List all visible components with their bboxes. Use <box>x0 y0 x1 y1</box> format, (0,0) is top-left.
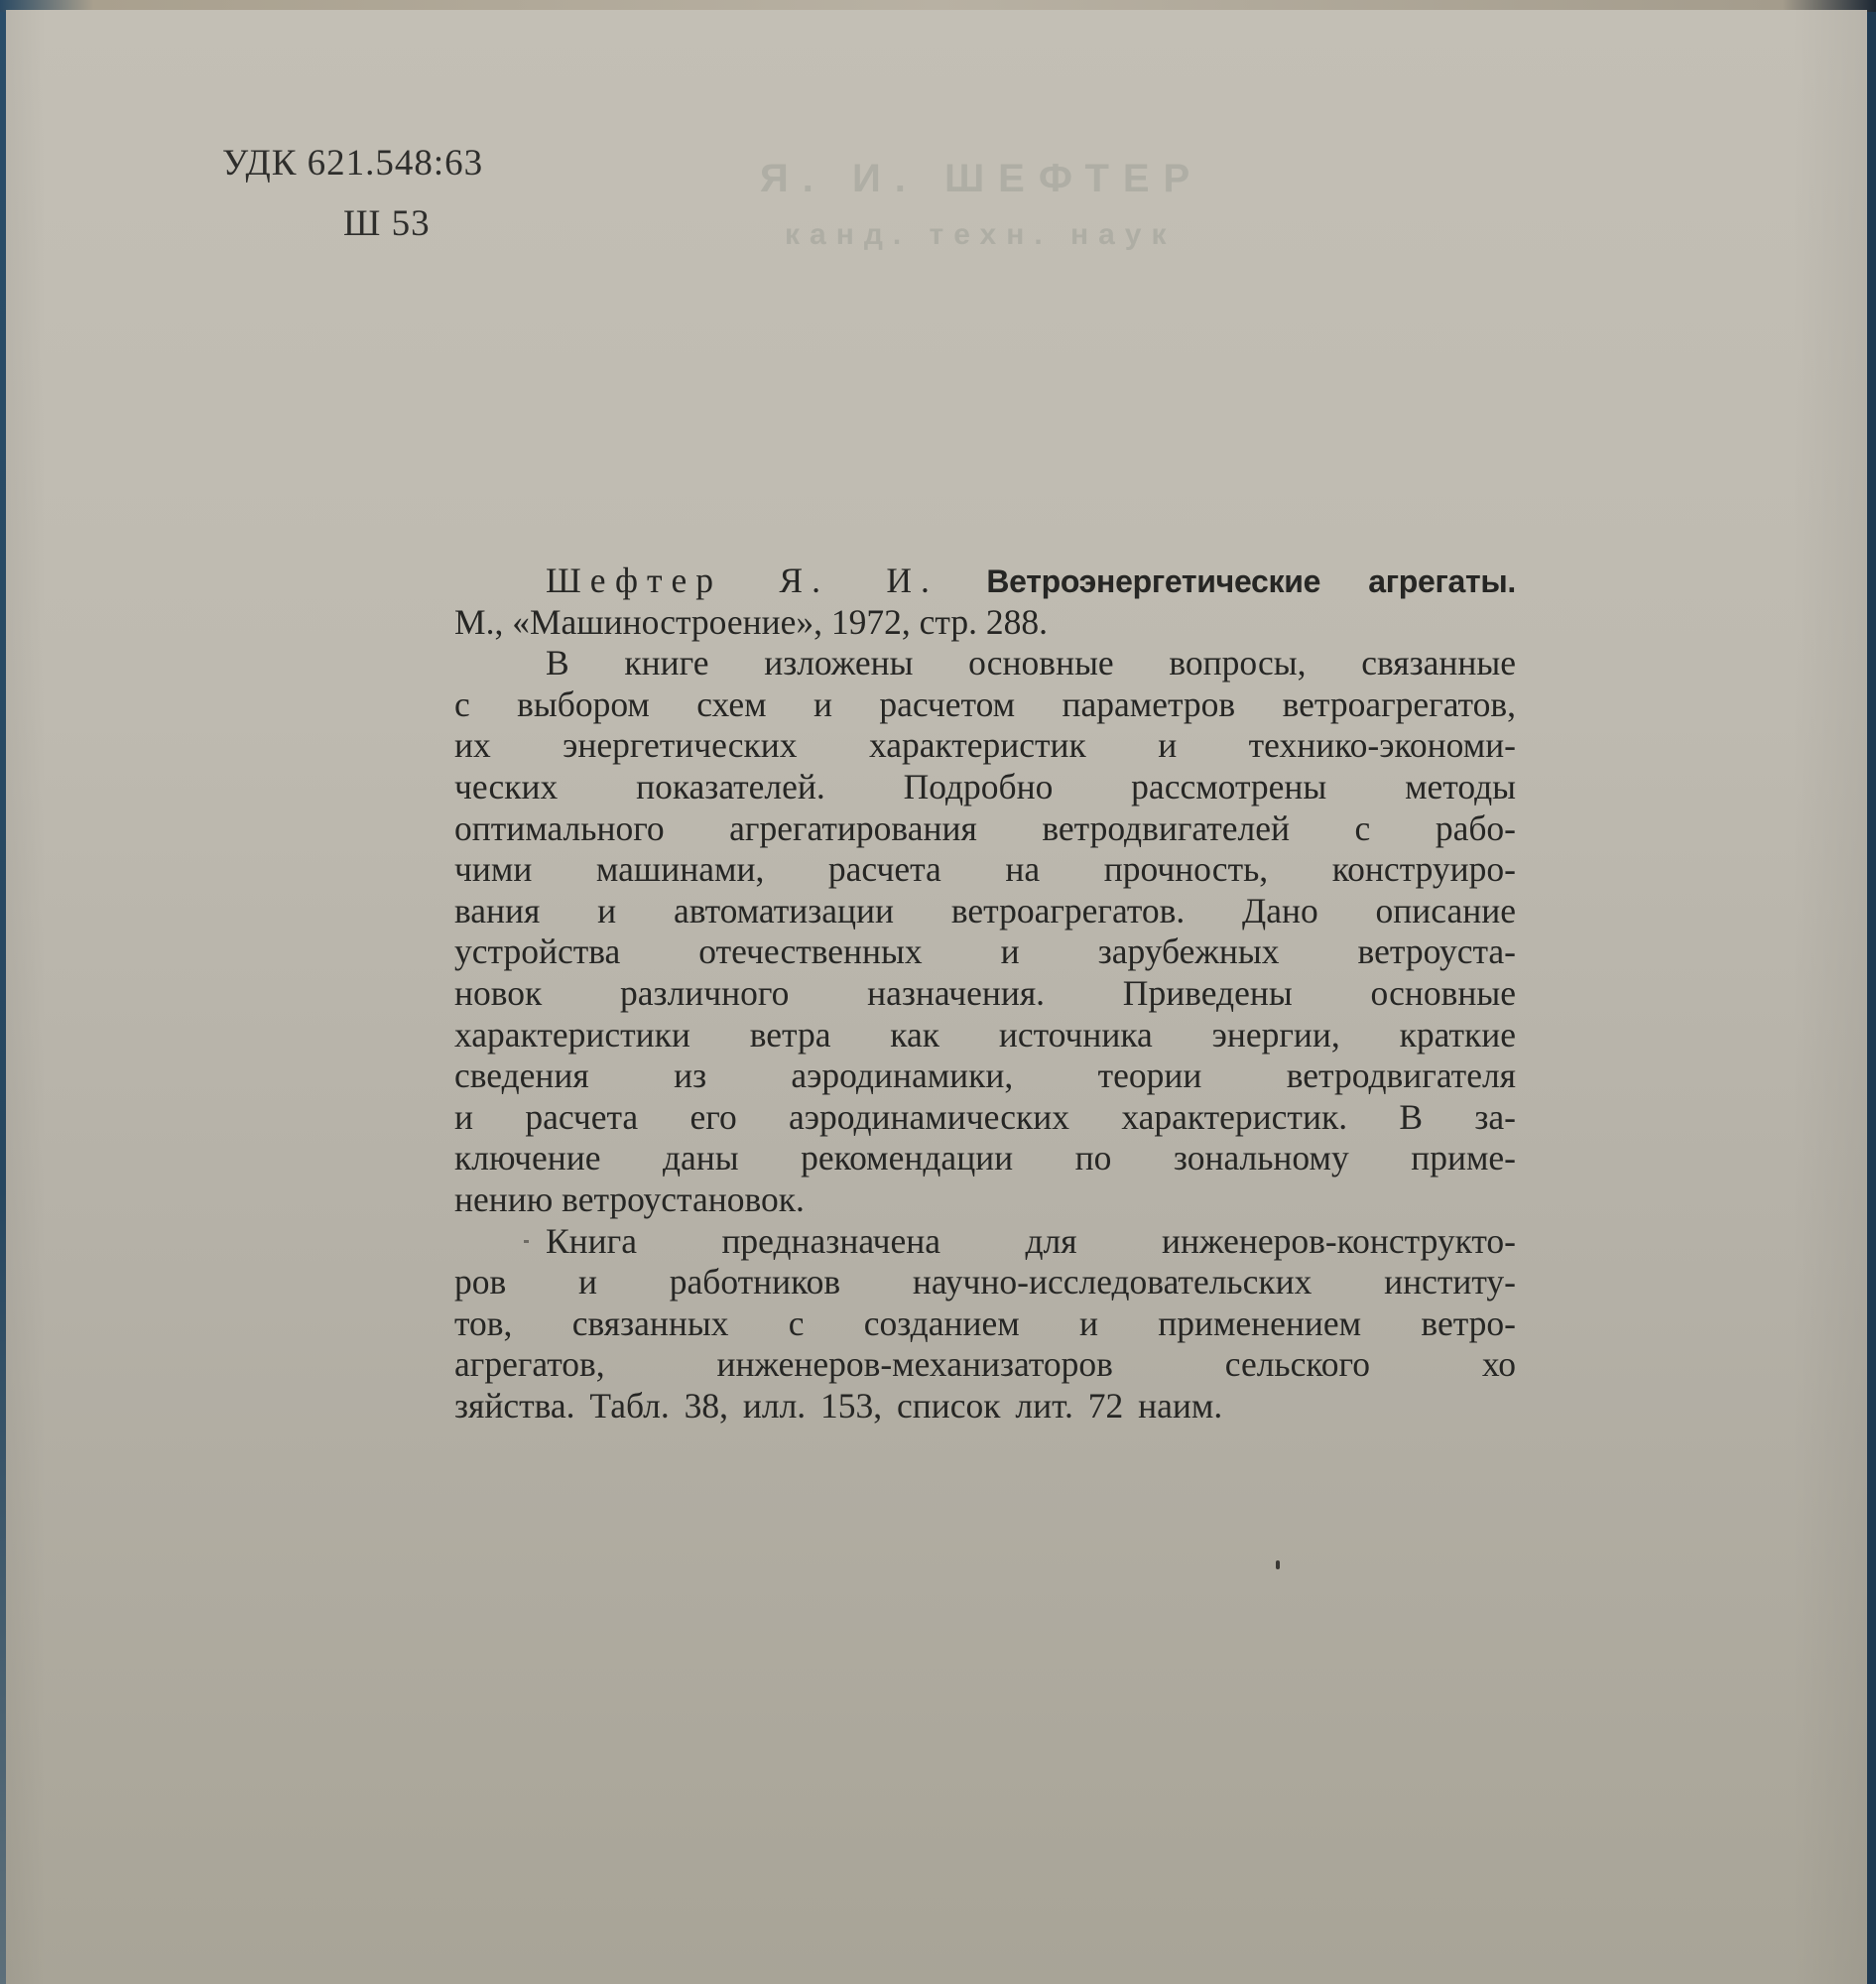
abstract-line: ческих показателей. Подробно рассмотрены… <box>454 767 1516 808</box>
show-through-author: Я. И. ШЕФТЕР <box>760 157 1203 201</box>
audience-line-text: Книга предназначена для инженеров-констр… <box>546 1221 1516 1261</box>
bibliographic-abstract: Шефтер Я. И. Ветроэнергетические агрегат… <box>454 560 1516 1426</box>
abstract-line: устройства отечественных и зарубежных ве… <box>454 931 1516 973</box>
abstract-line: ключение даны рекомендации по зональному… <box>454 1138 1516 1179</box>
audience-line: тов, связанных с созданием и применением… <box>454 1303 1516 1345</box>
paper-speck <box>1276 1560 1280 1569</box>
book-title: Ветроэнергетические агрегаты. <box>986 563 1516 599</box>
abstract-line: вания и автоматизации ветроагрегатов. Да… <box>454 891 1516 932</box>
abstract-line: с выбором схем и расчетом параметров вет… <box>454 684 1516 726</box>
audience-line: ров и работников научно-исследовательски… <box>454 1262 1516 1303</box>
abstract-line: оптимального агрегатирования ветродвигат… <box>454 808 1516 850</box>
abstract-line: их энергетических характеристик и техник… <box>454 725 1516 767</box>
audience-line: Книга предназначена для инженеров-констр… <box>454 1221 1516 1263</box>
stray-mark <box>524 1240 529 1243</box>
publication-line: М., «Машиностроение», 1972, стр. 288. <box>454 602 1516 644</box>
abstract-line: новок различного назначения. Приведены о… <box>454 973 1516 1015</box>
abstract-line: характеристики ветра как источника энерг… <box>454 1015 1516 1056</box>
abstract-line: чими машинами, расчета на прочность, кон… <box>454 849 1516 891</box>
show-through-degree: канд. техн. наук <box>785 218 1177 252</box>
udk-code: УДК 621.548:63 <box>222 142 483 185</box>
author-sign-code: Ш 53 <box>343 202 431 245</box>
author-name: Шефтер Я. И. <box>546 560 938 600</box>
abstract-line: сведения из аэродинамики, теории ветродв… <box>454 1055 1516 1097</box>
abstract-line: и расчета его аэродинамических характери… <box>454 1097 1516 1139</box>
audience-line: агрегатов, инженеров-механизаторов сельс… <box>454 1344 1516 1386</box>
citation-line-1: Шефтер Я. И. Ветроэнергетические агрегат… <box>454 560 1516 602</box>
book-page: Я. И. ШЕФТЕР канд. техн. наук УДК 621.54… <box>6 10 1867 1984</box>
audience-line: зяйства. Табл. 38, илл. 153, список лит.… <box>454 1386 1516 1427</box>
abstract-line: В книге изложены основные вопросы, связа… <box>454 643 1516 684</box>
abstract-line: нению ветроустановок. <box>454 1179 1516 1221</box>
